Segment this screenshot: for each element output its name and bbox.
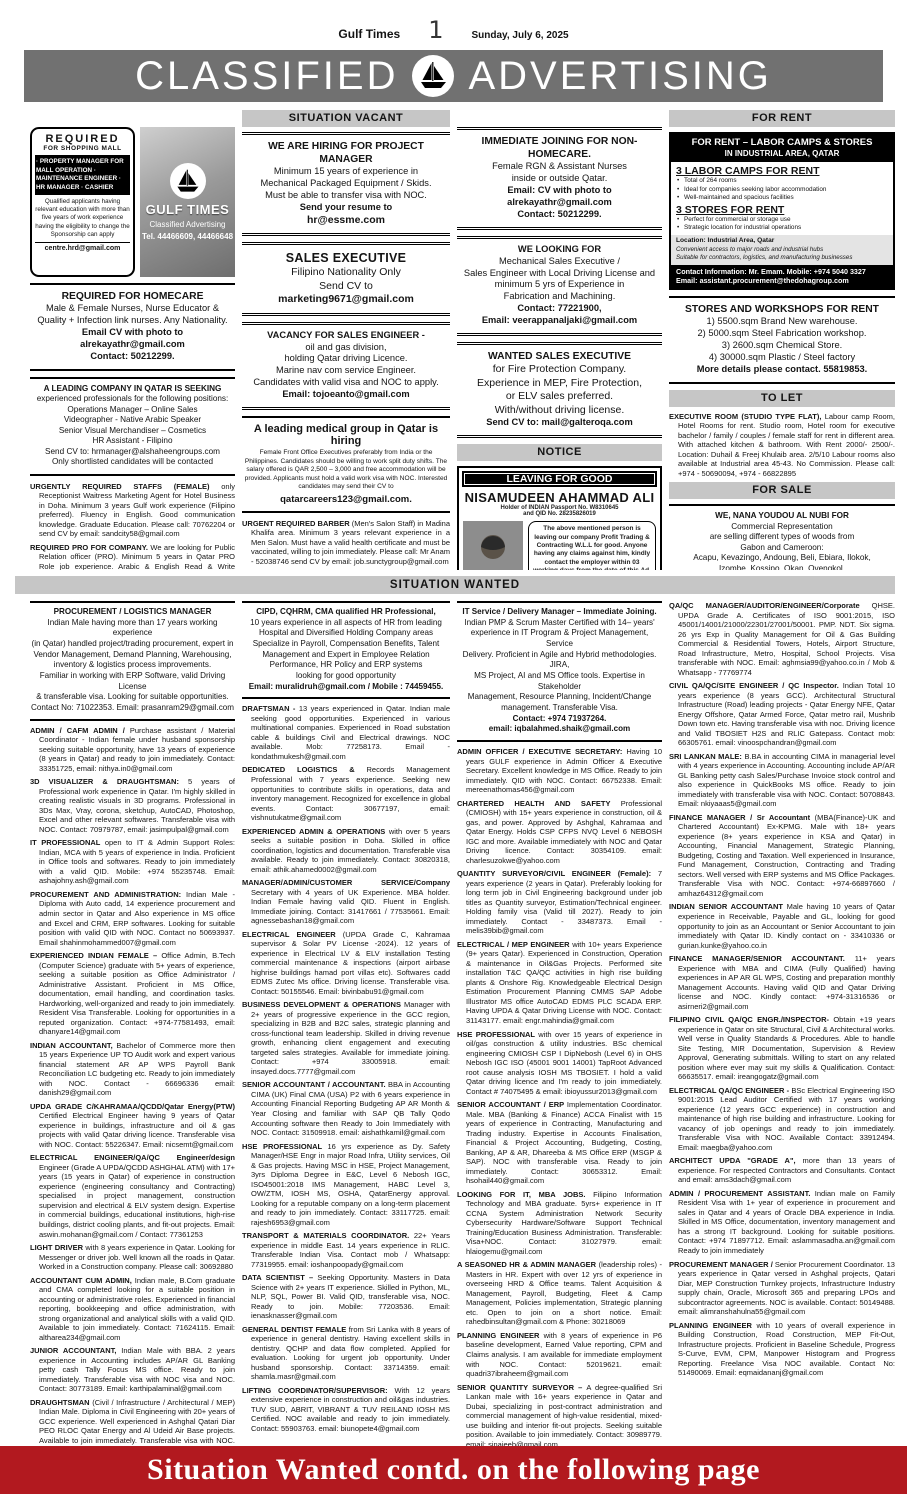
ad-line: Candidates with valid visa and NOC to ap… (244, 377, 448, 389)
ad-non-homecare: IMMEDIATE JOINING FOR NON-HOMECARE. Fema… (457, 127, 662, 230)
ad-line: or ELV sales preferred. (459, 390, 660, 403)
banner-right-text: ADVERTISING (468, 54, 771, 99)
classified-ad: ARCHITECT UPDA "GRADE A", more than 13 y… (669, 1156, 895, 1185)
classified-ad: PROCUREMENT AND ADMINISTRATION: Indian M… (30, 890, 235, 947)
gulf-times-name: GULF TIMES (146, 202, 230, 217)
ad-title-band: FOR RENT – LABOR CAMPS & STORES IN INDUS… (671, 134, 893, 162)
ad-leaving-for-good-notice: LEAVING FOR GOOD NISAMUDEEN AHAMMAD ALI … (457, 466, 662, 570)
masthead: Gulf Times 1 Sunday, July 6, 2025 (0, 0, 907, 44)
ad-line: Gabon and Cameroon: (671, 543, 893, 554)
gulf-times-phones: Tel. 44466609, 44466648 (142, 232, 233, 241)
feature-ad-line: 10 years experience in all aspects of HR… (242, 618, 450, 629)
classified-ad: EXPERIENCED INDIAN FEMALE – Office Admin… (30, 951, 235, 1037)
ad-line: Email: tojoeanto@gmail.com (244, 389, 448, 401)
feature-ad-line: email: iqbalahmed.shaik@gmail.com (457, 724, 662, 735)
to-let-classifieds: EXECUTIVE ROOM (STUDIO TYPE FLAT), Labou… (669, 412, 895, 479)
classified-ad: GENERAL DENTIST FEMALE from Sri Lanka wi… (242, 1325, 450, 1382)
classified-ad: QA/QC MANAGER/AUDITOR/ENGINEER/Corporate… (669, 601, 895, 677)
notice-qid: and QID No. 28235826019 (462, 511, 657, 517)
ad-line: 3) 2600.sqm Chemical Store. (671, 340, 893, 352)
classified-ad: EXECUTIVE ROOM (STUDIO TYPE FLAT), Labou… (669, 412, 895, 479)
ad-body: Female Front Office Executives preferabl… (244, 449, 448, 492)
ad-line: holding Qatar driving Licence. (244, 353, 448, 365)
ad-line: Quality + Infection link nurses. Any Nat… (32, 315, 233, 327)
ad-line: Must be able to transfer visa with NOC. (244, 190, 448, 202)
feature-ad-line: MS Project, AI and MS Office tools. Expe… (457, 671, 662, 692)
ad-line: Contact: 50212299. (32, 351, 233, 363)
ad-line: 4) 30000.sqm Plastic / Steel factory (671, 352, 893, 364)
situation-wanted-column-1: PROCUREMENT / LOGISTICS MANAGERIndian Ma… (30, 601, 235, 1446)
feature-ad-line: (in Qatar) handled project/trading procu… (30, 639, 235, 650)
column-3: IMMEDIATE JOINING FOR NON-HOMECARE. Fema… (457, 127, 662, 570)
ad-line: Send CV to: hrmanager@alshaheengroups.co… (32, 447, 233, 458)
classified-ad: ELECTRICAL / MEP ENGINEER with 10+ years… (457, 940, 662, 1026)
ad-location-block: Location: Industrial Area, Qatar Conveni… (671, 235, 893, 265)
feature-ad-line: CIPD, CQHRM, CMA qualified HR Profession… (242, 607, 450, 618)
ad-line: A LEADING COMPANY IN QATAR IS SEEKING (32, 384, 233, 395)
classified-ad: SRI LANKAN MALE: B.BA in accounting CIMA… (669, 752, 895, 809)
classified-ad: ADMIN OFFICER / EXECUTIVE SECRETARY: Hav… (457, 747, 662, 795)
section-header-to-let: TO LET (669, 390, 895, 407)
ad-subtitle: FOR SHOPPING MALL (35, 145, 130, 152)
top-section: REQUIRED FOR SHOPPING MALL · PROPERTY MA… (0, 102, 907, 570)
ad-line: Sales Engineer with Local Driving Licens… (459, 268, 660, 280)
ad-line: VACANCY FOR SALES ENGINEER - (244, 330, 448, 342)
feature-ad-line: experience in IT Program & Project Manag… (457, 628, 662, 649)
ad-email: centre.hrd@gmail.com (35, 242, 130, 252)
ad-line: WANTED SALES EXECUTIVE (459, 350, 660, 363)
classified-ad: CHARTERED HEALTH AND SAFETY Professional… (457, 799, 662, 866)
classified-ad: HSE PROFESSIONAL 16 yrs experience as Dy… (242, 1142, 450, 1228)
classified-ad: REQUIRED PRO FOR COMPANY. We are looking… (30, 543, 235, 570)
ad-line: IMMEDIATE JOINING FOR NON-HOMECARE. (459, 135, 660, 161)
classified-ad: SENIOR ACCOUNTANT / ACCOUNTANT. BBA in A… (242, 1080, 450, 1137)
classified-ad: DRAFTSMAN - 13 years experienced in Qata… (242, 704, 450, 761)
ad-woods-for-sale: WE, NANA YOUDOU AL NUBI FOR Commercial R… (669, 504, 895, 570)
feature-ad-line: IT Service / Delivery Manager – Immediat… (457, 607, 662, 618)
ad-line: Izombe, Kossipo, Okan, Ovengkol, (671, 564, 893, 570)
ad-line: Only shortlisted candidates will be cont… (32, 457, 233, 468)
ad-we-looking-for: WE LOOKING FOR Mechanical Sales Executiv… (457, 236, 662, 336)
dhow-logo-icon (170, 163, 206, 199)
classified-ad: INDIAN SENIOR ACCOUNTANT Male having 10 … (669, 902, 895, 950)
classified-list: ADMIN OFFICER / EXECUTIVE SECRETARY: Hav… (457, 747, 662, 1446)
ad-line: for Fire Protection Company. (459, 363, 660, 376)
column-1-classifieds: URGENTLY REQUIRED STAFFS (FEMALE) only R… (30, 482, 235, 570)
situation-wanted-column-2: CIPD, CQHRM, CMA qualified HR Profession… (242, 601, 450, 1446)
ad-line: Male & Female Nurses, Nurse Educator & (32, 303, 233, 315)
feature-ad-line: management. Transferable Visa. (457, 703, 662, 714)
ad-line: Experience in MEP, Fire Protection, (459, 377, 660, 390)
ad-line: Senior Visual Merchandiser – Cosmetics (32, 426, 233, 437)
ad-line: alrekayathr@gmail.com (32, 339, 233, 351)
classified-ad: ADMIN / CAFM ADMIN / Purchase assistant … (30, 726, 235, 774)
classified-ad: ADMIN / PROCUREMENT ASSISTANT. Indian ma… (669, 1189, 895, 1256)
ad-line: More details please contact. 55819853. (671, 364, 893, 376)
bullet-item: Total of 264 rooms (676, 177, 888, 186)
ad-line: Marine nav com service Engineer. (244, 365, 448, 377)
location-line: Suitable for contractors, logistics, and… (676, 254, 888, 262)
classified-ad: DEDICATED LOGISTICS & Records Management… (242, 765, 450, 822)
classified-ad: TRANSPORT & MATERIALS COORDINATOR. 22+ Y… (242, 1231, 450, 1269)
feature-ad: CIPD, CQHRM, CMA qualified HR Profession… (242, 601, 450, 699)
classified-ad: FINANCE MANAGER/SENIOR ACCOUNTANT. 11+ y… (669, 954, 895, 1011)
classified-list: ADMIN / CAFM ADMIN / Purchase assistant … (30, 726, 235, 1446)
ad-line: Videographer - Native Arabic Speaker (32, 415, 233, 426)
location-line: Location: Industrial Area, Qatar (676, 237, 888, 246)
feature-ad-line: Indian Male having more than 17 years wo… (30, 618, 235, 639)
classified-ad: ELECTRICAL ENGINEER/QA/QC Engineer/desig… (30, 1153, 235, 1239)
issue-date: Sunday, July 6, 2025 (471, 30, 568, 41)
ad-sales-executive: SALES EXECUTIVE Filipino Nationality Onl… (242, 242, 450, 315)
ad-band-line1: FOR RENT – LABOR CAMPS & STORES (672, 137, 892, 149)
classified-ad: QUANTITY SURVEYOR/CIVIL ENGINEER (Female… (457, 869, 662, 936)
notice-person-name: NISAMUDEEN AHAMMAD ALI (462, 490, 657, 505)
classified-ad: URGENT REQUIRED BARBER (Men's Salon Staf… (242, 519, 450, 567)
classified-ad: URGENTLY REQUIRED STAFFS (FEMALE) only R… (30, 482, 235, 539)
situation-wanted-column-4: QA/QC MANAGER/AUDITOR/ENGINEER/Corporate… (669, 601, 895, 1446)
feature-ad-line: PROCUREMENT / LOGISTICS MANAGER (30, 607, 235, 618)
feature-ad-line: Performance, HR Policy and ERP systems (242, 660, 450, 671)
feature-ad-line: Management, Resource Planning, Incident/… (457, 692, 662, 703)
ad-line: are selling different types of woods fro… (671, 532, 893, 543)
classified-ad: JUNIOR ACCOUNTANT, Indian Male with BBA.… (30, 1346, 235, 1394)
classified-ad: BUSINESS DEVELOPMENT & OPERATIONS Manage… (242, 1000, 450, 1076)
dhow-logo-icon (412, 55, 454, 97)
ad-line: REQUIRED FOR HOMECARE (32, 290, 233, 303)
classified-ad: LIGHT DRIVER with 8 years experience in … (30, 1243, 235, 1272)
person-photo (463, 521, 523, 570)
ad-line: Commercial Representation (671, 522, 893, 533)
classified-ad: SENIOR ACCOUNTANT / ERP Implementation C… (457, 1100, 662, 1186)
ad-line: experienced professionals for the follow… (32, 394, 233, 405)
ad-line: oil and gas division, (244, 342, 448, 354)
classified-ad: LOOKING FOR IT, MBA JOBS. Filipino Infor… (457, 1190, 662, 1257)
ad-line: WE, NANA YOUDOU AL NUBI FOR (671, 511, 893, 522)
notice-row: The above mentioned person is leaving ou… (463, 521, 656, 570)
ad-line: Send your resume to (244, 202, 448, 214)
ad-line: 1) 5500.sqm Brand New warehouse. (671, 316, 893, 328)
bullet-item: Strategic location for industrial operat… (676, 224, 888, 233)
notice-band: LEAVING FOR GOOD (462, 471, 657, 487)
feature-ad-line: Contact: +974 71937264. (457, 714, 662, 725)
column-2-classifieds: URGENT REQUIRED BARBER (Men's Salon Staf… (242, 519, 450, 570)
ad-line: Filipino Nationality Only (244, 266, 448, 279)
classified-list: QA/QC MANAGER/AUDITOR/ENGINEER/Corporate… (669, 601, 895, 1378)
feature-ad-line: Familiar in working with ERP Software, v… (30, 671, 235, 692)
ad-contact-band: Contact Information: Mr. Emam. Mobile: +… (671, 265, 893, 288)
ad-line: hr@essme.com (244, 214, 448, 227)
banner-left-text: CLASSIFIED (135, 54, 398, 99)
ad-line: alrekayathr@gmail.com (459, 197, 660, 209)
bullet-item: Ideal for companies seeking labor accomm… (676, 186, 888, 195)
classified-ad: PLANNING ENGINEER with 10 years of overa… (669, 1321, 895, 1378)
classified-ad: A SEASONED HR & ADMIN MANAGER (leadershi… (457, 1260, 662, 1327)
feature-ad: PROCUREMENT / LOGISTICS MANAGERIndian Ma… (30, 601, 235, 721)
situation-wanted-column-3: IT Service / Delivery Manager – Immediat… (457, 601, 662, 1446)
column-2: SITUATION VACANT WE ARE HIRING FOR PROJE… (242, 110, 450, 570)
classified-list: DRAFTSMAN - 13 years experienced in Qata… (242, 704, 450, 1433)
classified-ad: 3D VISUALIZER & DRAUGHTSMAN: 5 years of … (30, 777, 235, 834)
section-header-situation-wanted: SITUATION WANTED (15, 576, 895, 594)
classified-ad: PROCUREMENT MANAGER / Senior Procurement… (669, 1260, 895, 1317)
classified-ad: MANAGER/ADMIN/CUSTOMER SERVICE/Company S… (242, 878, 450, 926)
notice-body: The above mentioned person is leaving ou… (528, 521, 656, 570)
classified-ad: IT PROFESSIONAL open to IT & Admin Suppo… (30, 838, 235, 886)
feature-ad-line: Delivery. Proficient in Agile and Hybrid… (457, 650, 662, 671)
ad-line: Female RGN & Assistant Nurses (459, 161, 660, 173)
ad-vacancy-sales-engineer: VACANCY FOR SALES ENGINEER - oil and gas… (242, 322, 450, 410)
classified-ad: PLANNING ENGINEER with 8 years of experi… (457, 1331, 662, 1379)
classified-ad: HSE PROFESSIONAL with over 15 years of e… (457, 1030, 662, 1097)
contact-line: Contact Information: Mr. Emam. Mobile: +… (676, 267, 888, 277)
column-1: REQUIRED FOR SHOPPING MALL · PROPERTY MA… (30, 127, 235, 570)
feature-ad-line: Management and Expert in Employee Relati… (242, 650, 450, 661)
ad-line: Send CV to (244, 280, 448, 293)
classified-ad: FINANCE MANAGER / Sr Accountant (MBA(Fin… (669, 813, 895, 899)
ad-line: 2) 5000.sqm Steel Fabrication workshop. (671, 328, 893, 340)
ad-line: Mechanical Packaged Equipment / Skids. (244, 178, 448, 190)
ad-line: Email: veerappanaljaki@gmail.com (459, 315, 660, 327)
ad-body: 3 LABOR CAMPS FOR RENT Total of 264 room… (671, 162, 893, 235)
ad-stores-and-workshops: STORES AND WORKSHOPS FOR RENT 1) 5500.sq… (669, 296, 895, 384)
ad-line: Send CV to: mail@galteroqa.com (459, 417, 660, 429)
ad-title: A leading medical group in Qatar is hiri… (244, 423, 448, 447)
classified-ad: DRAUGHTSMAN (Civil / Infrastructure / Ar… (30, 1398, 235, 1446)
ad-line: marketing9671@gmail.com (244, 293, 448, 306)
ad-required-shopping-mall: REQUIRED FOR SHOPPING MALL · PROPERTY MA… (30, 127, 135, 277)
section-header-for-rent: FOR RENT (669, 110, 895, 127)
paper-name: Gulf Times (338, 27, 400, 41)
classified-ad: ELECTRICAL QA/QC ENGINEER - BSc Electric… (669, 1086, 895, 1153)
box-ads-row: REQUIRED FOR SHOPPING MALL · PROPERTY MA… (30, 127, 235, 277)
ad-line: Email: CV with photo to (459, 185, 660, 197)
ad-wanted-sales-executive: WANTED SALES EXECUTIVE for Fire Protecti… (457, 342, 662, 438)
ad-line: Acapu, Kevazingo, Andoung, Beli, Ebiara,… (671, 553, 893, 564)
location-line: Convenient access to major roads and ind… (676, 246, 888, 254)
classified-ad: UPDA GRADE C/KAHRAMAA/QCDD/Qatar Energy(… (30, 1102, 235, 1150)
section-header-situation-vacant: SITUATION VACANT (242, 110, 450, 127)
bullet-item: Perfect for commercial or storage use (676, 216, 888, 225)
classified-ad: INDIAN ACCOUNTANT, Bachelor of Commerce … (30, 1041, 235, 1098)
feature-ad-line: inventory & logistics process improvemen… (30, 660, 235, 671)
continuation-text: Situation Wanted contd. on the following… (147, 1453, 760, 1487)
ad-roles: · PROPERTY MANAGER FOR MALL OPERATION · … (35, 155, 130, 195)
section-header-for-sale: FOR SALE (669, 482, 895, 499)
classified-advertising-banner: CLASSIFIED ADVERTISING (24, 50, 883, 102)
ad-line: WE LOOKING FOR (459, 244, 660, 256)
ad-band-line2: IN INDUSTRIAL AREA, QATAR (672, 149, 892, 159)
ad-line: minimum 5 yrs of Experience in (459, 279, 660, 291)
ad-medical-group-hiring: A leading medical group in Qatar is hiri… (242, 416, 450, 513)
classified-ad: SENIOR QUANTITY SURVEYOR – A degree-qual… (457, 1383, 662, 1446)
situation-wanted-section: PROCUREMENT / LOGISTICS MANAGERIndian Ma… (0, 594, 907, 1446)
ad-title: REQUIRED (35, 133, 130, 145)
ad-line: Contact: 50212299. (459, 209, 660, 221)
section-header-notice: NOTICE (457, 444, 662, 461)
stores-heading: 3 STORES FOR RENT (676, 204, 888, 216)
feature-ad-line: Vendor Management, Demand Planning, Ware… (30, 650, 235, 661)
classified-ad: CIVIL QA/QC/SITE ENGINEER / QC Inspector… (669, 681, 895, 748)
ad-line: With/without driving license. (459, 404, 660, 417)
ad-line: Fabrication and Machining. (459, 291, 660, 303)
page-number: 1 (428, 16, 443, 44)
ad-email: qatarcareers123@gmail.com. (244, 494, 448, 505)
classified-ad: EXPERIENCED ADMIN & OPERATIONS with over… (242, 827, 450, 875)
classified-ad: LIFTING COORDINATOR/SUPERVISOR: With 12 … (242, 1386, 450, 1434)
column-4: FOR RENT FOR RENT – LABOR CAMPS & STORES… (669, 110, 895, 570)
ad-line: STORES AND WORKSHOPS FOR RENT (671, 303, 893, 316)
feature-ad-line: Hospital and Diversified Holding Company… (242, 628, 450, 639)
ad-line: WE ARE HIRING FOR PROJECT MANAGER (244, 140, 448, 166)
ad-required-for-homecare: REQUIRED FOR HOMECARE Male & Female Nurs… (30, 283, 235, 371)
ad-line: Operations Manager – Online Sales (32, 405, 233, 416)
ad-labor-camps-stores: FOR RENT – LABOR CAMPS & STORES IN INDUS… (669, 132, 895, 290)
feature-ad-line: Email: muralidruh@gmail.com / Mobile : 7… (242, 682, 450, 693)
ad-body: Qualified applicants having relevant edu… (35, 198, 130, 239)
ad-project-manager: WE ARE HIRING FOR PROJECT MANAGER Minimu… (242, 132, 450, 236)
feature-ad-line: Specialize in Payroll, Compensation Bene… (242, 639, 450, 650)
feature-ad-line: Indian PMP & Scrum Master Certified with… (457, 618, 662, 629)
feature-ad-line: Contact No: 71022353. Email: prasanram29… (30, 703, 235, 714)
ad-leading-company-seeking: A LEADING COMPANY IN QATAR IS SEEKING ex… (30, 377, 235, 476)
ad-line: Email CV with photo to (32, 327, 233, 339)
bullet-item: Well-maintained and spacious facilities (676, 194, 888, 203)
gulf-times-line2: Classified Advertising (149, 220, 225, 229)
ad-line: inside or outside Qatar. (459, 173, 660, 185)
feature-ad-line: looking for good opportunity (242, 671, 450, 682)
feature-ad-line: & transferable visa. Looking for suitabl… (30, 692, 235, 703)
classified-ad: ELECTRICAL ENGINEER (UPDA Grade C, Kahra… (242, 930, 450, 997)
gulf-times-house-ad: GULF TIMES Classified Advertising Tel. 4… (140, 127, 235, 277)
ad-line: Contact: 77221900, (459, 303, 660, 315)
contact-email: Email: assistant.procurement@thedohagrou… (676, 276, 888, 286)
feature-ad: IT Service / Delivery Manager – Immediat… (457, 601, 662, 742)
ad-line: Mechanical Sales Executive / (459, 256, 660, 268)
ad-line: HR Assistant - Filipino (32, 436, 233, 447)
ad-line: Minimum 15 years of experience in (244, 166, 448, 178)
classified-ad: FILIPINO CIVIL QA/QC ENGR./INSPECTOR- Ob… (669, 1015, 895, 1082)
classified-ad: DATA SCIENTIST – Seeking Opportunity. Ma… (242, 1273, 450, 1321)
ad-line: SALES EXECUTIVE (244, 250, 448, 266)
labor-camps-heading: 3 LABOR CAMPS FOR RENT (676, 165, 888, 177)
classified-ad: ACCOUNTANT CUM ADMIN, Indian male, B.Com… (30, 1276, 235, 1343)
continuation-banner: Situation Wanted contd. on the following… (0, 1446, 907, 1494)
